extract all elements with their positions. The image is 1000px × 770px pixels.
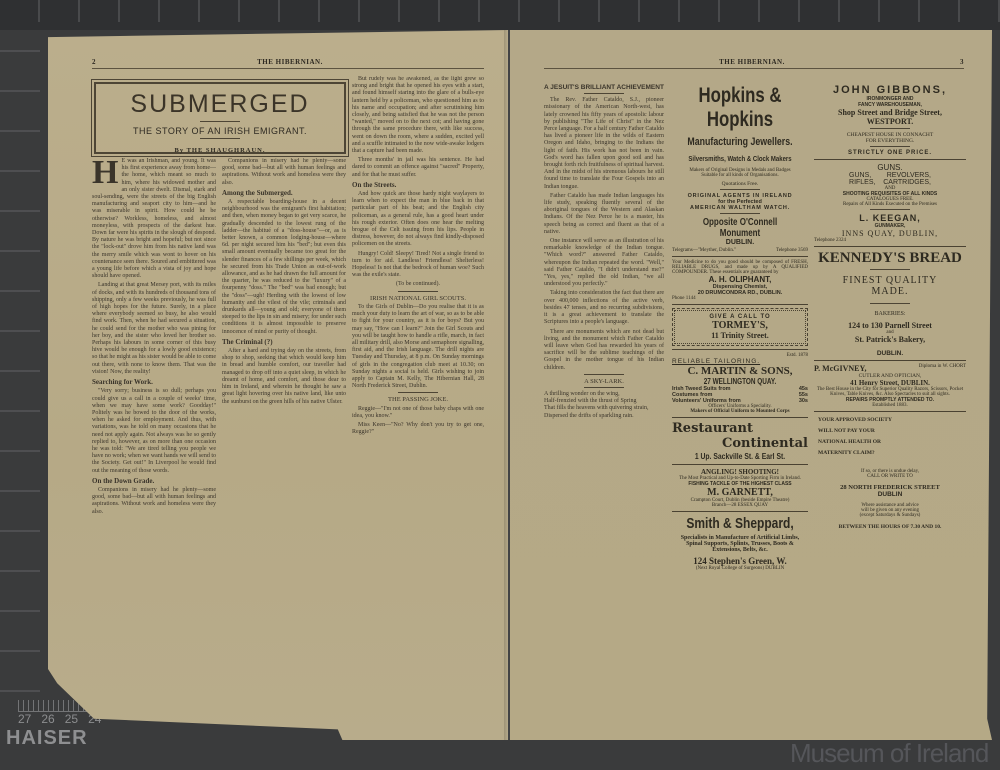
joke-heading: THE PASSING JOKE. [352,396,484,403]
scouts-heading: IRISH NATIONAL GIRL SCOUTS. [352,295,484,302]
smith-desc: Specialists in Manufacture of Artificial… [672,532,808,556]
kennedy-slogan: MADE. [814,286,966,297]
mcgivney-note: Diploma in W. CHORT [919,364,966,373]
gibbons-slogan: FOR EVERYTHING. [814,138,966,144]
smith-note: (Next Royal College of Surgeons) DUBLIN [672,566,808,571]
kennedy-slogan: FINEST QUALITY [814,275,966,286]
martin-name: C. MARTIN & SONS, [672,365,808,377]
section-heading: Among the Submerged. [222,190,346,197]
garnett-headline: ANGLING! SHOOTING! [672,468,808,476]
tormey-address: 11 Trinity Street. [675,331,805,340]
ad-approved-society: YOUR APPROVED SOCIETY WILL NOT PAY YOUR … [814,415,966,459]
society-help: (except Saturdays & Sundays) [814,513,966,518]
garnett-name: M. GARNETT, [672,487,808,498]
mcgivney-est: Established 1883. [814,403,966,408]
article-title-box: SUBMERGED THE STORY OF AN IRISH EMIGRANT… [94,82,346,154]
hopkins-trade: Silversmiths, Watch & Clock Makers [686,154,795,163]
continued-note: (To be continued). [352,281,484,288]
ad-smith-sheppard: Smith & Sheppard, Specialists in Manufac… [672,515,808,571]
kennedy-name: KENNEDY'S BREAD [814,250,966,267]
ornament-divider [584,374,624,376]
paragraph: Father Cataldo has made Indian languages… [544,193,664,236]
hopkins-location: Opposite O'Connell Monument [686,217,795,239]
society-address: 28 NORTH FREDERICK STREET [814,484,966,491]
ads-column-middle: Hopkins & Hopkins Manufacturing Jeweller… [672,84,808,571]
left-page: 2 THE HIBERNIAN. SUBMERGED THE STORY OF … [48,30,508,740]
ad-hopkins: Hopkins & Hopkins Manufacturing Jeweller… [672,84,808,253]
section-heading: The Criminal (?) [222,339,346,346]
martin-heading: RELIABLE TAILORING. [672,358,808,365]
divider [584,387,624,389]
garnett-branch: Branch—28 ESSEX QUAY [672,503,808,508]
section-heading: On the Down Grade. [92,478,216,485]
ad-mcgivney: P. McGIVNEY,Diploma in W. CHORT CUTLER A… [814,364,966,408]
ad-restaurant: Restaurant Continental 1 Up. Sackville S… [672,421,808,461]
ornament-divider [398,392,438,394]
restaurant-line: Restaurant [672,421,808,436]
paragraph: "Very sorry; business is so dull; perhap… [92,388,216,474]
ornament-divider [398,291,438,293]
paragraph: Companions in misery had he plenty—some … [92,487,216,516]
keegan-heading: GUNS. [814,163,966,172]
keegan-repairs: Repairs of All Kinds Executed on the Pre… [814,202,966,207]
divider [584,93,624,95]
right-page: THE HIBERNIAN. 3 A JESUIT'S BRILLIANT AC… [510,30,992,740]
keegan-name: L. KEEGAN, [814,213,966,223]
oliphant-intro: Your Medicine to do you good should be c… [672,260,808,275]
hopkins-tagline: Manufacturing Jewellers. [686,136,795,148]
martin-address: 27 WELLINGTON QUAY. [686,377,795,386]
tormey-name: TORMEY'S, [675,320,805,331]
keegan-phone: Telephone 2324 [814,238,966,243]
society-city: DUBLIN [814,491,966,498]
paragraph: The Rev. Father Cataldo, S.J., pioneer m… [544,97,664,191]
ads-column-right: JOHN GIBBONS, IRONMONGER AND FANCY WAREH… [814,84,966,530]
article-title: SUBMERGED [96,90,344,119]
section-heading: Searching for Work. [92,379,216,386]
ruler-side [0,30,40,730]
joke-line: Reggie—"I'm not one of those baby chaps … [352,406,484,420]
hopkins-quote: Quotations Free. [672,181,808,187]
ad-garnett: ANGLING! SHOOTING! The Most Practical an… [672,468,808,508]
ruler-top [0,0,1000,22]
gibbons-price: STRICTLY ONE PRICE. [814,150,966,156]
paragraph: Hungry! Cold! Sleepy! Tired! Not a singl… [352,251,484,280]
running-head-title: THE HIBERNIAN. [719,58,785,66]
oliphant-name: A. H. OLIPHANT, [672,275,808,284]
keegan-address: INNS QUAY, DUBLIN, [814,229,966,238]
restaurant-line: Continental [672,436,808,451]
gibbons-town: WESTPORT. [814,117,966,126]
newspaper-spread: 2 THE HIBERNIAN. SUBMERGED THE STORY OF … [48,30,992,740]
society-line: MATERNITY CLAIM? [818,448,966,459]
paragraph: Taking into consideration the fact that … [544,290,664,326]
divider [870,269,910,271]
paragraph: To the Girls of Dublin—Do you realise th… [352,304,484,390]
kennedy-city: DUBLIN. [814,350,966,357]
divider [200,138,240,140]
paragraph: A respectable boarding-house in a decent… [222,199,346,336]
ad-martin: Estd. 1878 RELIABLE TAILORING. C. MARTIN… [672,353,808,414]
hopkins-name: Hopkins & Hopkins [686,84,795,132]
running-head-left: 2 THE HIBERNIAN. [92,58,484,69]
society-line: WILL NOT PAY YOUR [818,426,966,437]
kennedy-address: 124 to 130 Parnell Street [814,321,966,330]
paragraph: There are monuments which are not dead b… [544,329,664,372]
gibbons-address: Shop Street and Bridge Street, [814,108,966,117]
divider [870,146,910,148]
dropcap: H [92,158,118,188]
page-number: 2 [92,58,96,66]
ruler-number: 27 [18,712,31,726]
paragraph: And how quick are those hardy night wayl… [352,191,484,249]
article-column-3: But rudely was he awakened, as the light… [352,76,484,696]
hopkins-telegrams: Telegrams—"Meyther, Dublin." [672,248,736,253]
joke-line: Miss Keen—"No? Why don't you try to get … [352,422,484,436]
society-line: YOUR APPROVED SOCIETY [818,415,966,426]
jesuit-column: A JESUIT'S BRILLIANT ACHIEVEMENT The Rev… [544,84,664,724]
hopkins-agents: AMERICAN WALTHAM WATCH. [672,205,808,211]
mcgivney-desc: The Best House in the City for Superior … [814,387,966,397]
article-column-2: Companions in misery had he plenty—some … [222,158,346,718]
paragraph: Companions in misery had he plenty—some … [222,158,346,187]
paragraph: Three months' in jail was his sentence. … [352,157,484,179]
ad-oliphant: Your Medicine to do you good should be c… [672,260,808,301]
kennedy-bakeries: BAKERIES: [814,311,966,317]
mcgivney-name: P. McGIVNEY, [814,364,867,373]
hopkins-city: DUBLIN. [672,239,808,246]
hopkins-line: Suitable for all kinds of Organisations. [672,173,808,178]
skylark-heading: A SKY-LARK. [544,378,664,385]
ad-tormey: GIVE A CALL TO TORMEY'S, 11 Trinity Stre… [672,308,808,346]
jesuit-heading: A JESUIT'S BRILLIANT ACHIEVEMENT [544,84,664,91]
ad-gibbons: JOHN GIBBONS, IRONMONGER AND FANCY WAREH… [814,84,966,156]
paragraph: But rudely was he awakened, as the light… [352,76,484,155]
running-head-right: THE HIBERNIAN. 3 [544,58,964,69]
watermark: Museum of Ireland [790,738,988,769]
smith-address: 124 Stephen's Green, W. [672,556,808,566]
page-number: 3 [960,58,964,66]
ad-kennedy: KENNEDY'S BREAD FINEST QUALITY MADE. BAK… [814,250,966,357]
gibbons-name: JOHN GIBBONS, [814,84,966,96]
running-head-title: THE HIBERNIAN. [257,58,323,66]
society-call: CALL OR WRITE TO [814,474,966,479]
section-heading: On the Streets. [352,182,484,189]
society-line: NATIONAL HEALTH OR [818,437,966,448]
keegan-line: RIFLES, CARTRIDGES, [814,179,966,186]
martin-makers: Makers of Official Uniform to Mounted Co… [672,409,808,414]
kennedy-address: St. Patrick's Bakery, [814,335,966,344]
divider [870,128,910,130]
paragraph: After a hard and trying day on the stree… [222,348,346,406]
divider [720,213,760,215]
article-byline: By THE SHAUGHRAUN. [96,147,344,154]
ornament-divider [200,121,240,123]
oliphant-phone: Phone 1144 [672,296,808,301]
article-column-1: HE was an Irishman, and young. It was hi… [92,158,216,718]
ornament-divider [870,209,910,211]
society-hours: BETWEEN THE HOURS OF 7.30 AND 10. [814,524,966,530]
hopkins-telephone: Telephone 3569 [776,248,808,253]
mcgivney-address: 41 Henry Street, DUBLIN. [814,379,966,387]
paragraph: Landing at that great Mersey port, with … [92,282,216,376]
keegan-line: GUNS, REVOLVERS, [814,172,966,179]
restaurant-address: 1 Up. Sackville St. & Earl St. [686,451,795,461]
divider [720,189,760,191]
ad-keegan: GUNS. GUNS, REVOLVERS, RIFLES, CARTRIDGE… [814,163,966,243]
paragraph: One instance will serve as an illustrati… [544,238,664,288]
poem-line: Dispersed the drifts of sparkling rain. [544,413,664,420]
poem-line: That fills the heavens with quivering st… [544,405,664,412]
article-subtitle: THE STORY OF AN IRISH EMIGRANT. [96,126,344,136]
price-value: 30s [799,398,808,404]
smith-name: Smith & Sheppard, [686,515,795,532]
divider [870,303,910,305]
